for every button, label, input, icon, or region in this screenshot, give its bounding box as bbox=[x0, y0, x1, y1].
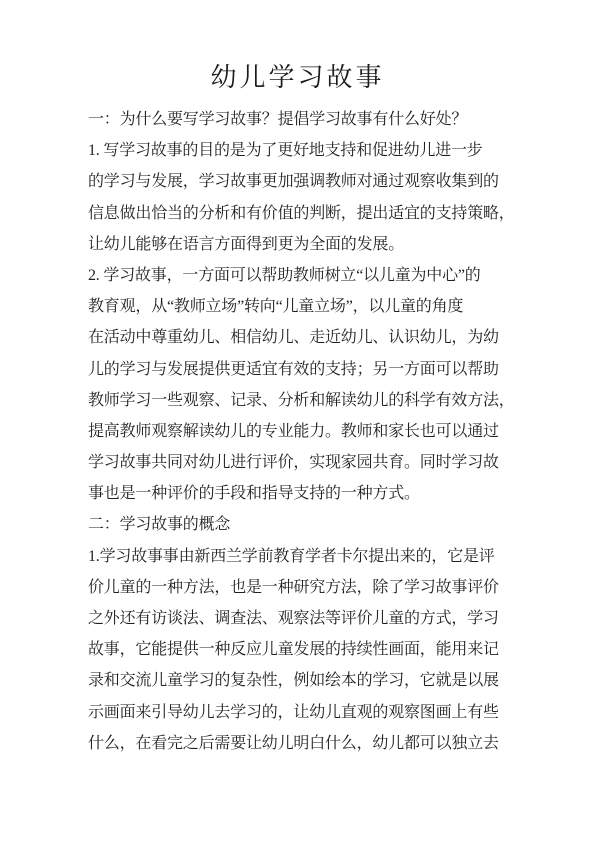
text-line: 信息做出恰当的分析和有价值的判断，提出适宜的支持策略， bbox=[88, 198, 575, 229]
text-line: 价儿童的一种方法，也是一种研究方法，除了学习故事评价 bbox=[88, 572, 575, 603]
text-line: 学习故事共同对幼儿进行评价，实现家园共育。同时学习故 bbox=[88, 447, 575, 478]
text-line: 示画面来引导幼儿去学习的，让幼儿直观的观察图画上有些 bbox=[88, 697, 575, 728]
text-line: 教育观，从“教师立场”转向“儿童立场”，以儿童的角度 bbox=[88, 291, 575, 322]
text-line: 什么，在看完之后需要让幼儿明白什么，幼儿都可以独立去 bbox=[88, 728, 575, 759]
text-line: 2. 学习故事，一方面可以帮助教师树立“以儿童为中心”的 bbox=[88, 260, 575, 291]
text-line: 事也是一种评价的手段和指导支持的一种方式。 bbox=[88, 478, 575, 509]
text-line: 提高教师观察解读幼儿的专业能力。教师和家长也可以通过 bbox=[88, 416, 575, 447]
text-line: 录和交流儿童学习的复杂性，例如绘本的学习，它就是以展 bbox=[88, 665, 575, 696]
text-line: 在活动中尊重幼儿、相信幼儿、走近幼儿、认识幼儿，为幼 bbox=[88, 322, 575, 353]
text-line: 故事，它能提供一种反应儿童发展的持续性画面，能用来记 bbox=[88, 634, 575, 665]
document-title: 幼儿学习故事 bbox=[0, 60, 595, 96]
text-line-heading-2: 二：学习故事的概念 bbox=[88, 509, 575, 540]
document-body: 一：为什么要写学习故事？提倡学习故事有什么好处？ 1. 写学习故事的目的是为了更… bbox=[0, 104, 595, 759]
text-line: 1.学习故事事由新西兰学前教育学者卡尔提出来的，它是评 bbox=[88, 541, 575, 572]
document-page: 幼儿学习故事 一：为什么要写学习故事？提倡学习故事有什么好处？ 1. 写学习故事… bbox=[0, 0, 595, 842]
text-line: 儿的学习与发展提供更适宜有效的支持；另一方面可以帮助 bbox=[88, 354, 575, 385]
text-line-heading-1: 一：为什么要写学习故事？提倡学习故事有什么好处？ bbox=[88, 104, 575, 135]
text-line: 让幼儿能够在语言方面得到更为全面的发展。 bbox=[88, 229, 575, 260]
text-line: 之外还有访谈法、调查法、观察法等评价儿童的方式，学习 bbox=[88, 603, 575, 634]
text-line: 的学习与发展，学习故事更加强调教师对通过观察收集到的 bbox=[88, 166, 575, 197]
text-line: 教师学习一些观察、记录、分析和解读幼儿的科学有效方法， bbox=[88, 385, 575, 416]
text-line: 1. 写学习故事的目的是为了更好地支持和促进幼儿进一步 bbox=[88, 135, 575, 166]
